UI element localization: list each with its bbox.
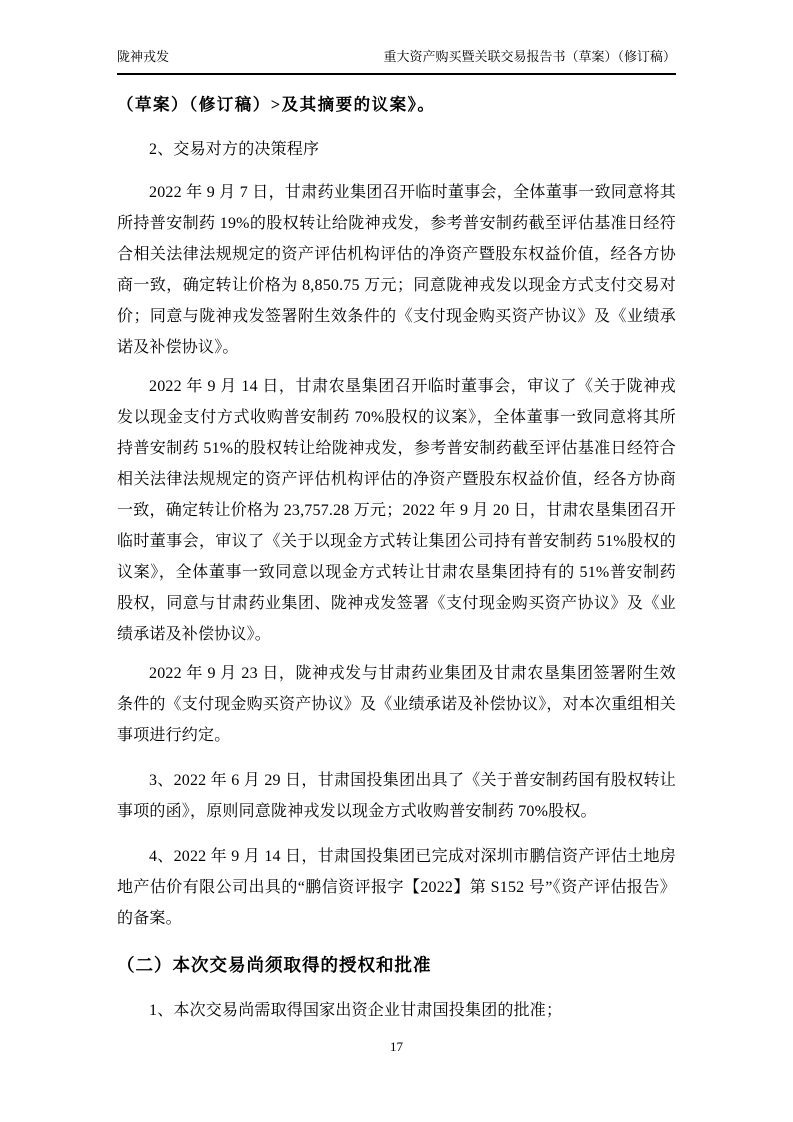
paragraph-sept7-board-resolution: 2022 年 9 月 7 日，甘肃药业集团召开临时董事会，全体董事一致同意将其所… (117, 177, 676, 363)
paragraph-item3-soe-letter: 3、2022 年 6 月 29 日，甘肃国投集团出具了《关于普安制药国有股权转让… (117, 765, 676, 827)
paragraph-item4-appraisal-filing: 4、2022 年 9 月 14 日，甘肃国投集团已完成对深圳市鹏信资产评估土地房… (117, 841, 676, 934)
section-heading-authorizations: （二）本次交易尚须取得的授权和批准 (117, 950, 676, 980)
paragraph-sept23-agreement-signing: 2022 年 9 月 23 日，陇神戎发与甘肃药业集团及甘肃农垦集团签署附生效条… (117, 658, 676, 751)
subsection-title-decision-procedure: 2、交易对方的决策程序 (117, 134, 676, 165)
paragraph-item1-pending-approval: 1、本次交易尚需取得国家出资企业甘肃国投集团的批准； (117, 995, 676, 1026)
page-number: 17 (0, 1038, 793, 1056)
running-header: 陇神戎发 重大资产购买暨关联交易报告书（草案）（修订稿） (117, 48, 676, 75)
document-page: 陇神戎发 重大资产购买暨关联交易报告书（草案）（修订稿） （草案）（修订稿）>及… (0, 0, 793, 1122)
paragraph-sept14-board-resolution: 2022 年 9 月 14 日，甘肃农垦集团召开临时董事会，审议了《关于陇神戎发… (117, 371, 676, 650)
header-report-title: 重大资产购买暨关联交易报告书（草案）（修订稿） (383, 48, 676, 66)
header-company-name: 陇神戎发 (117, 48, 169, 66)
carryover-line: （草案）（修订稿）>及其摘要的议案》。 (117, 92, 676, 118)
